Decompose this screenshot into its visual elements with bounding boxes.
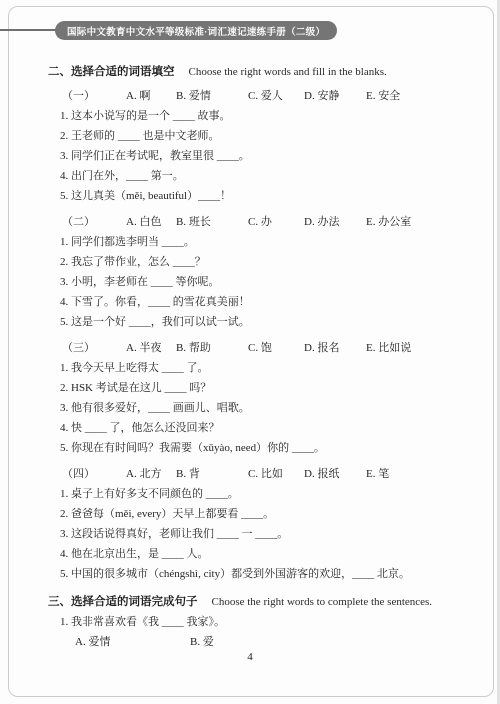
option-a: A. 爱情 xyxy=(75,632,190,652)
complete-sentence-item: 1. 我非常喜欢看《我 ____ 我家》。 xyxy=(48,612,474,632)
fill-blank-sentence: 1. 同学们都选李明当 ____。 xyxy=(48,232,474,252)
option-a: A. 啊 xyxy=(126,86,176,106)
fill-blank-sentence: 2. 王老师的 ____ 也是中文老师。 xyxy=(48,126,474,146)
section-2-title-zh: 二、选择合适的词语填空 xyxy=(48,66,175,78)
option-b: B. 爱 xyxy=(190,632,214,652)
fill-blank-sentence: 3. 同学们正在考试呢，教室里很 ____。 xyxy=(48,146,474,166)
fill-blank-sentence: 3. 小明，李老师在 ____ 等你呢。 xyxy=(48,272,474,292)
fill-blank-sentence: 2. 我忘了带作业，怎么 ____？ xyxy=(48,252,474,272)
exercise-group-3: （三） A. 半夜 B. 帮助 C. 饱 D. 报名 E. 比如说 1. 我今天… xyxy=(48,338,474,458)
fill-blank-sentence: 4. 下雪了。你看，____ 的雪花真美丽！ xyxy=(48,292,474,312)
option-e: E. 办公室 xyxy=(366,212,411,232)
option-c: C. 办 xyxy=(248,212,304,232)
option-d: D. 办法 xyxy=(304,212,366,232)
page-number: 4 xyxy=(0,651,500,663)
option-row: （三） A. 半夜 B. 帮助 C. 饱 D. 报名 E. 比如说 xyxy=(48,338,474,358)
option-a: A. 北方 xyxy=(126,464,176,484)
option-d: D. 报名 xyxy=(304,338,366,358)
option-b: B. 背 xyxy=(176,464,248,484)
option-a: A. 半夜 xyxy=(126,338,176,358)
fill-blank-sentence: 1. 我今天早上吃得太 ____ 了。 xyxy=(48,358,474,378)
option-b: B. 帮助 xyxy=(176,338,248,358)
option-a: A. 白色 xyxy=(126,212,176,232)
option-b: B. 班长 xyxy=(176,212,248,232)
option-c: C. 饱 xyxy=(248,338,304,358)
option-d: D. 安静 xyxy=(304,86,366,106)
exercise-group-2: （二） A. 白色 B. 班长 C. 办 D. 办法 E. 办公室 1. 同学们… xyxy=(48,212,474,332)
option-row: （一） A. 啊 B. 爱情 C. 爱人 D. 安静 E. 安全 xyxy=(48,86,474,106)
group-label: （一） xyxy=(62,86,126,106)
option-e: E. 比如说 xyxy=(366,338,411,358)
fill-blank-sentence: 3. 这段话说得真好，老师让我们 ____ 一 ____。 xyxy=(48,524,474,544)
fill-blank-sentence: 5. 这是一个好 ____，我们可以试一试。 xyxy=(48,312,474,332)
section-2-title-en: Choose the right words and fill in the b… xyxy=(189,66,387,78)
fill-blank-sentence: 5. 中国的很多城市（chéngshì, city）都受到外国游客的欢迎，___… xyxy=(48,564,474,584)
option-row: A. 爱情 B. 爱 xyxy=(48,632,474,652)
option-b: B. 爱情 xyxy=(176,86,248,106)
group-label: （三） xyxy=(62,338,126,358)
section-3-heading: 三、选择合适的词语完成句子 Choose the right words to … xyxy=(48,592,474,610)
fill-blank-sentence: 4. 他在北京出生，是 ____ 人。 xyxy=(48,544,474,564)
section-3-title-zh: 三、选择合适的词语完成句子 xyxy=(48,596,198,608)
exercise-group-4: （四） A. 北方 B. 背 C. 比如 D. 报纸 E. 笔 1. 桌子上有好… xyxy=(48,464,474,584)
section-3-title-en: Choose the right words to complete the s… xyxy=(212,596,433,608)
fill-blank-sentence: 1. 这本小说写的是一个 ____ 故事。 xyxy=(48,106,474,126)
fill-blank-sentence: 2. 爸爸每（měi, every）天早上都要看 ____。 xyxy=(48,504,474,524)
option-row: （四） A. 北方 B. 背 C. 比如 D. 报纸 E. 笔 xyxy=(48,464,474,484)
option-d: D. 报纸 xyxy=(304,464,366,484)
option-row: （二） A. 白色 B. 班长 C. 办 D. 办法 E. 办公室 xyxy=(48,212,474,232)
fill-blank-sentence: 1. 桌子上有好多支不同颜色的 ____。 xyxy=(48,484,474,504)
fill-blank-sentence: 3. 他有很多爱好，____ 画画儿、唱歌。 xyxy=(48,398,474,418)
fill-blank-sentence: 5. 这儿真美（měi, beautiful）____！ xyxy=(48,186,474,206)
header-rule xyxy=(0,29,58,31)
option-e: E. 笔 xyxy=(366,464,389,484)
book-page: 国际中文教育中文水平等级标准·词汇速记速练手册（二级） 二、选择合适的词语填空 … xyxy=(0,0,500,704)
section-2-heading: 二、选择合适的词语填空 Choose the right words and f… xyxy=(48,62,474,80)
fill-blank-sentence: 4. 出门在外，____ 第一。 xyxy=(48,166,474,186)
fill-blank-sentence: 5. 你现在有时间吗？我需要（xūyào, need）你的 ____。 xyxy=(48,438,474,458)
option-c: C. 比如 xyxy=(248,464,304,484)
page-header-banner: 国际中文教育中文水平等级标准·词汇速记速练手册（二级） xyxy=(55,21,337,40)
exercise-group-1: （一） A. 啊 B. 爱情 C. 爱人 D. 安静 E. 安全 1. 这本小说… xyxy=(48,86,474,206)
group-label: （四） xyxy=(62,464,126,484)
page-content: 二、选择合适的词语填空 Choose the right words and f… xyxy=(48,60,474,652)
group-label: （二） xyxy=(62,212,126,232)
option-e: E. 安全 xyxy=(366,86,400,106)
option-c: C. 爱人 xyxy=(248,86,304,106)
fill-blank-sentence: 2. HSK 考试是在这儿 ____ 吗？ xyxy=(48,378,474,398)
fill-blank-sentence: 4. 快 ____ 了，他怎么还没回来？ xyxy=(48,418,474,438)
